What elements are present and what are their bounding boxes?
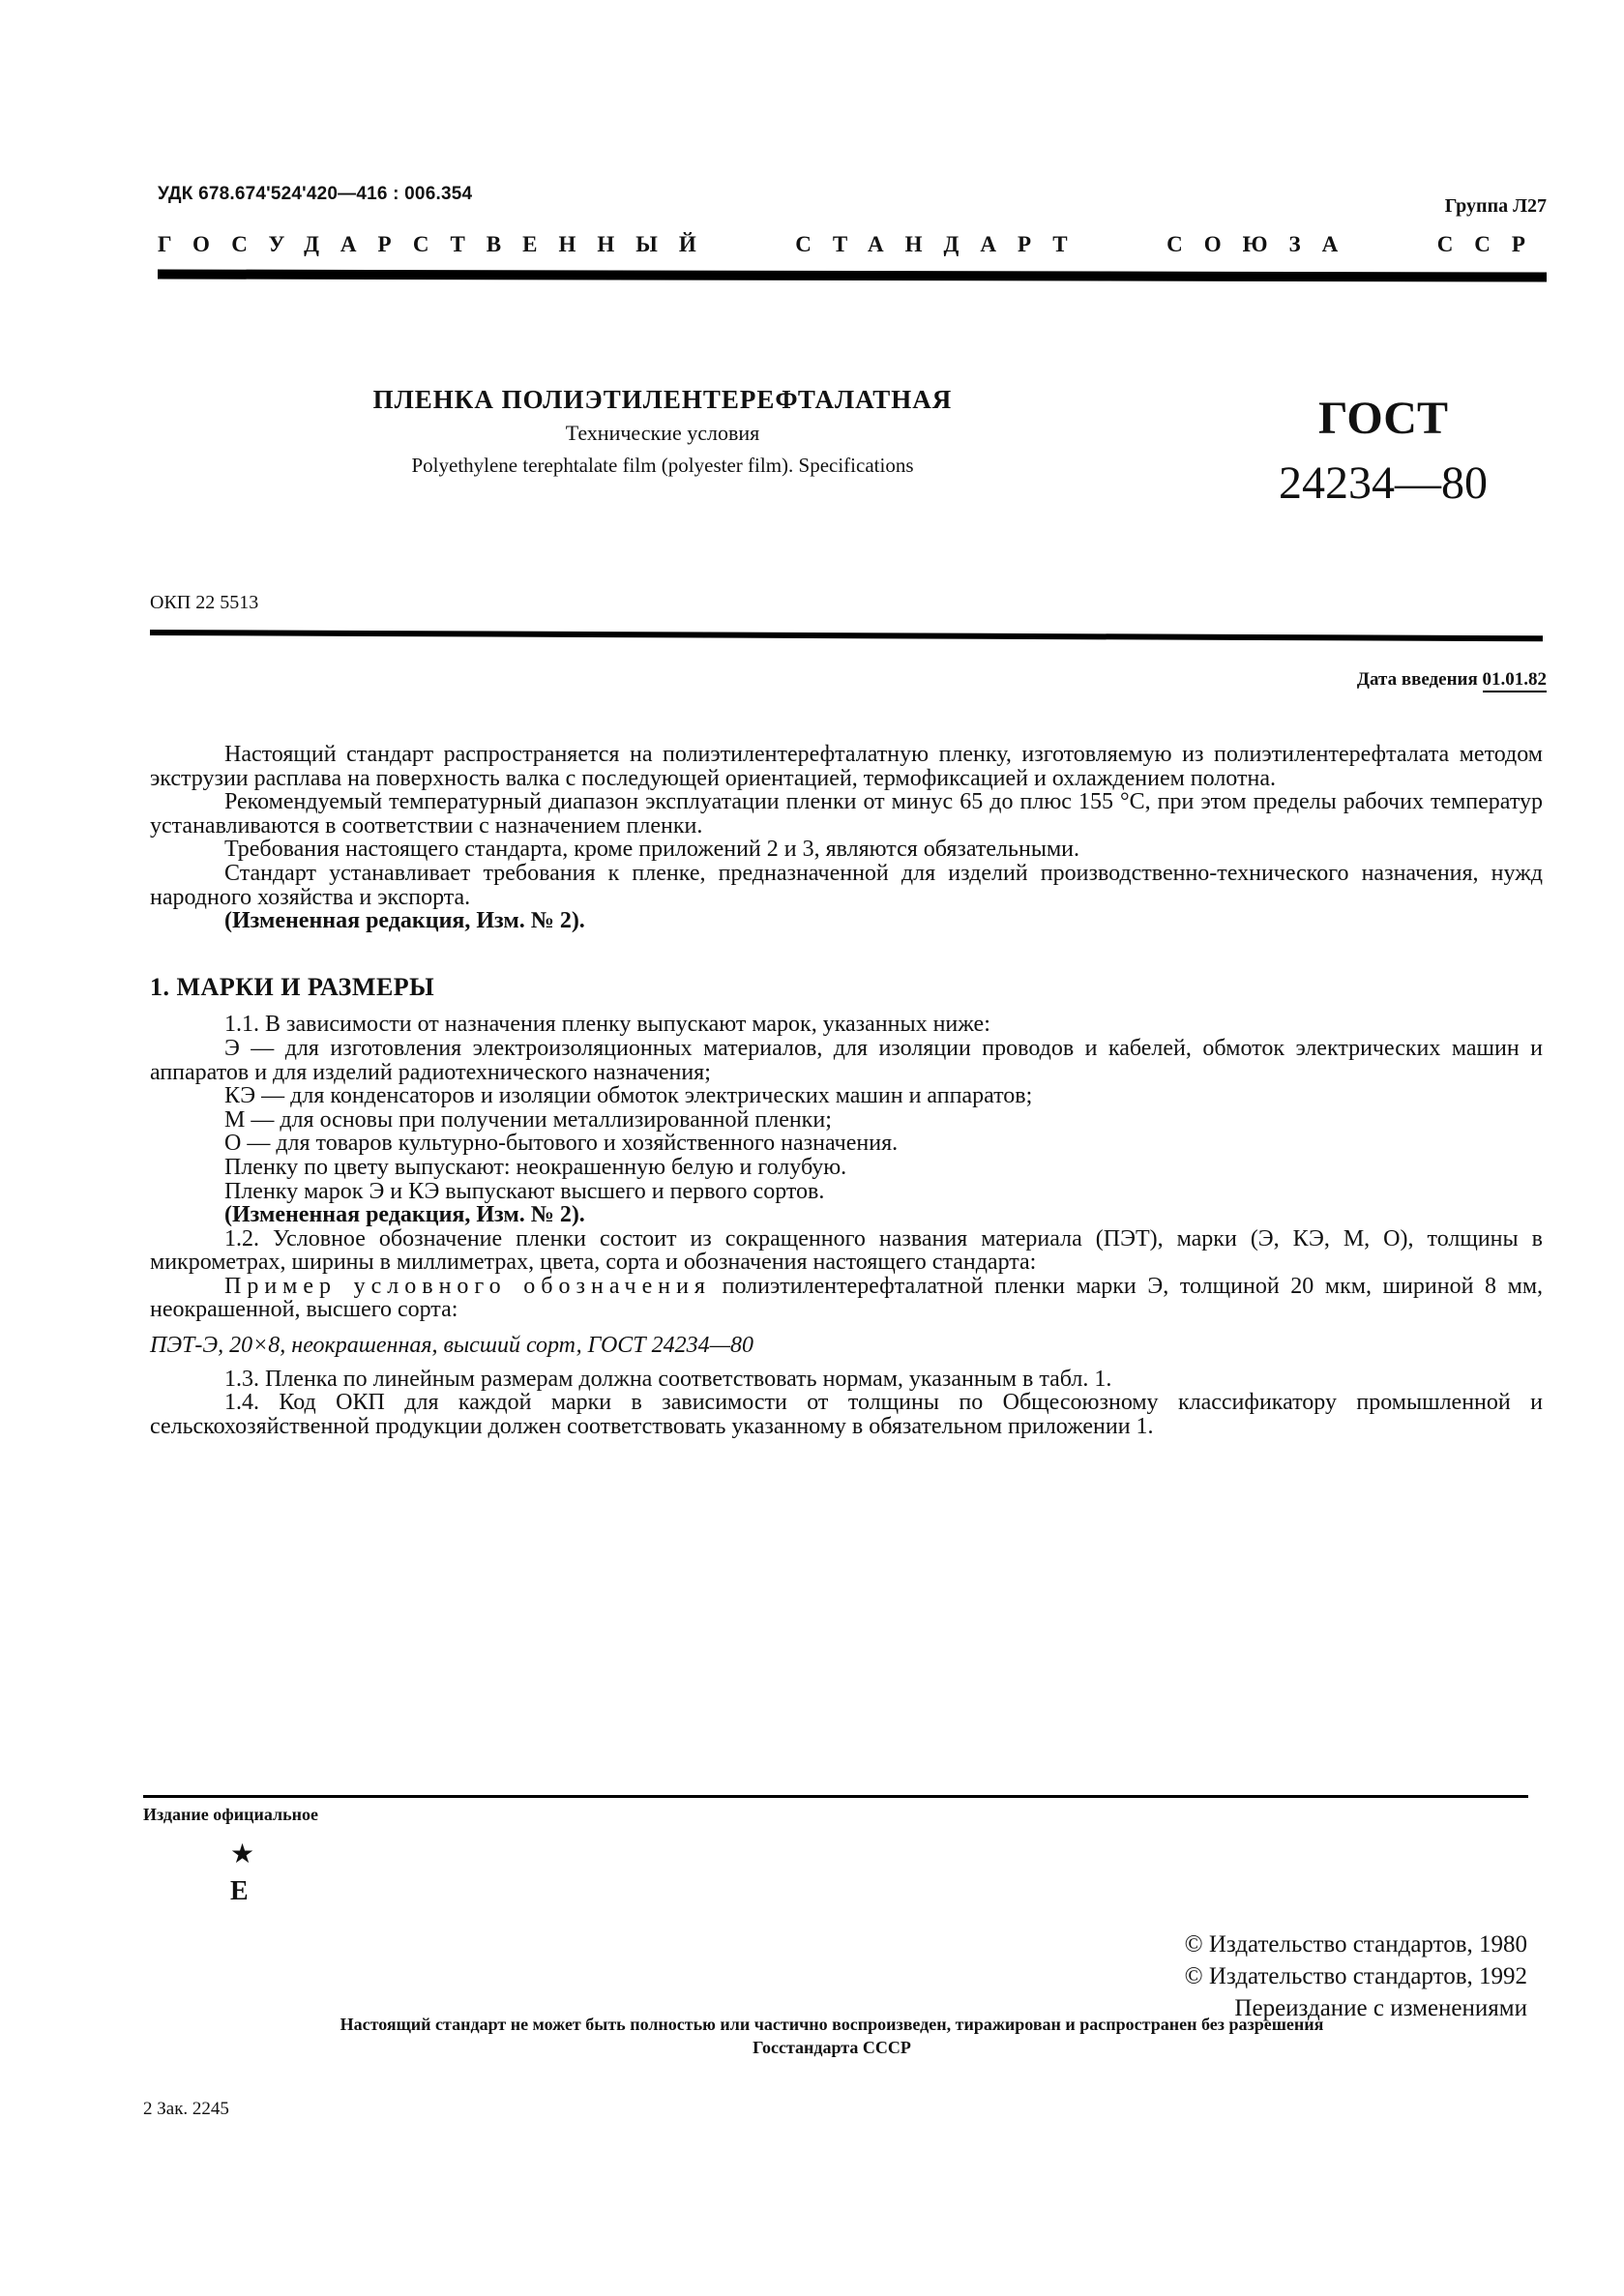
notice-line: Госстандарта СССР <box>135 2036 1528 2059</box>
document-body: Настоящий стандарт распространяется на п… <box>150 743 1543 1438</box>
e-mark: Е <box>230 1876 249 1907</box>
clause-1-1: 1.1. В зависимости от назначения пленку … <box>150 1013 1543 1037</box>
intro-date-label: Дата введения <box>1357 669 1478 690</box>
copyright-line: © Издательство стандартов, 1980 <box>1185 1928 1527 1960</box>
grade-item: О — для товаров культурно-бытового и хоз… <box>150 1132 1543 1156</box>
banner-word: ССР <box>1437 232 1547 263</box>
clause-1-2: 1.2. Условное обозначение пленки состоит… <box>150 1227 1543 1275</box>
reproduction-notice: Настоящий стандарт не может быть полност… <box>135 2013 1528 2059</box>
paragraph: Настоящий стандарт распространяется на п… <box>150 743 1543 790</box>
example-paragraph: Пример условного обозначения полиэтилент… <box>150 1275 1543 1322</box>
footer-rule <box>143 1795 1528 1798</box>
order-number: 2 Зак. 2245 <box>143 2099 229 2120</box>
gost-label: ГОСТ <box>1257 392 1509 445</box>
intro-date-value: 01.01.82 <box>1483 669 1548 692</box>
example-label: Пример условного обозначения <box>224 1274 711 1299</box>
title-main: ПЛЕНКА ПОЛИЭТИЛЕНТЕРЕФТАЛАТНАЯ <box>290 385 1035 415</box>
paragraph: Рекомендуемый температурный диапазон экс… <box>150 790 1543 838</box>
sorts-note: Пленку марок Э и КЭ выпускают высшего и … <box>150 1180 1543 1204</box>
amendment-note: (Измененная редакция, Изм. № 2). <box>150 909 1543 933</box>
title-subtitle: Технические условия <box>290 421 1035 446</box>
clause-1-4: 1.4. Код ОКП для каждой марки в зависимо… <box>150 1391 1543 1438</box>
gost-designation: ГОСТ 24234—80 <box>1257 392 1509 510</box>
edition-label: Издание официальное <box>143 1805 318 1825</box>
grade-item: КЭ — для конденсаторов и изоляции обмото… <box>150 1084 1543 1108</box>
copyright-line: © Издательство стандартов, 1992 <box>1185 1960 1527 1992</box>
header-rule <box>158 269 1547 281</box>
gost-number: 24234—80 <box>1257 456 1509 510</box>
intro-date: Дата введения 01.01.82 <box>1357 669 1547 691</box>
clause-1-3: 1.3. Пленка по линейным размерам должна … <box>150 1368 1543 1392</box>
star-icon: ★ <box>230 1838 254 1870</box>
paragraph: Требования настоящего стандарта, кроме п… <box>150 838 1543 862</box>
state-standard-banner: ГОСУДАРСТВЕННЫЙ СТАНДАРТ СОЮЗА ССР <box>158 232 1547 263</box>
banner-word: СТАНДАРТ <box>795 232 1088 263</box>
amendment-note: (Измененная редакция, Изм. № 2). <box>150 1203 1543 1227</box>
udk-code: УДК 678.674'524'420—416 : 006.354 <box>158 184 472 205</box>
banner-word: СОЮЗА <box>1166 232 1359 263</box>
grade-item: М — для основы при получении металлизиро… <box>150 1108 1543 1133</box>
document-title: ПЛЕНКА ПОЛИЭТИЛЕНТЕРЕФТАЛАТНАЯ Техническ… <box>290 385 1035 478</box>
grade-item: Э — для изготовления электроизоляционных… <box>150 1037 1543 1084</box>
group-code: Группа Л27 <box>1445 195 1547 218</box>
copyright-block: © Издательство стандартов, 1980 © Издате… <box>1185 1928 1527 2024</box>
section-heading: 1. МАРКИ И РАЗМЕРЫ <box>150 976 1543 1000</box>
notice-line: Настоящий стандарт не может быть полност… <box>135 2013 1528 2036</box>
banner-word: ГОСУДАРСТВЕННЫЙ <box>158 232 718 263</box>
title-english: Polyethylene terephtalate film (polyeste… <box>290 454 1035 478</box>
paragraph: Стандарт устанавливает требования к плен… <box>150 862 1543 909</box>
okp-code: ОКП 22 5513 <box>150 592 258 614</box>
section-rule <box>150 630 1543 641</box>
example-designation: ПЭТ-Э, 20×8, неокрашенная, высший сорт, … <box>150 1334 1543 1358</box>
colors-note: Пленку по цвету выпускают: неокрашенную … <box>150 1156 1543 1180</box>
